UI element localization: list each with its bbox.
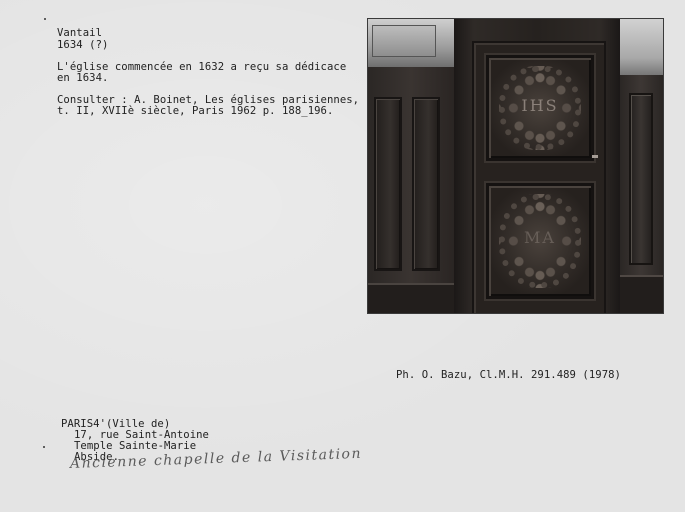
reference-line-2: t. II, XVIIè siècle, Paris 1962 p. 188_1… [57,105,333,117]
photo-right-paneling [619,75,663,314]
margin-dot [43,446,45,448]
margin-dot [44,18,46,20]
object-title: Vantail [57,27,102,39]
description-line-2: en 1634. [57,72,108,84]
photo-door-leaf: IHS MA [472,41,606,314]
photo-wall-top-left [368,19,454,67]
object-date: 1634 (?) [57,39,108,51]
photo-door-latch [592,155,598,158]
door-photograph: IHS MA [367,18,664,314]
photo-credit: Ph. O. Bazu, Cl.M.H. 291.489 (1978) [396,369,621,381]
ihs-monogram: IHS [489,96,591,115]
ma-monogram: MA [489,228,591,247]
photo-lower-carved-panel: MA [486,183,594,299]
photo-wall-top-right [619,19,663,75]
photo-left-paneling [368,67,454,314]
photo-upper-carved-panel: IHS [486,55,594,161]
archive-record-card: Vantail 1634 (?) L'église commencée en 1… [0,0,685,512]
